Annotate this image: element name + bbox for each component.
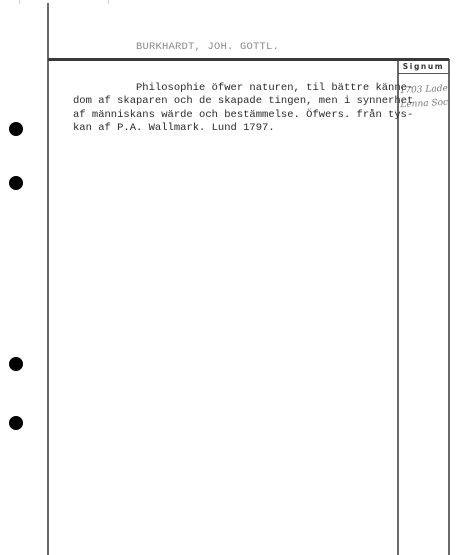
scan-artifact [19, 0, 20, 4]
description-line: kan af P.A. Wallmark. Lund 1797. [73, 122, 393, 135]
header-rule [48, 58, 449, 61]
left-margin-rule [47, 3, 49, 555]
signum-column-right-rule [448, 59, 450, 555]
signum-header-rule [398, 73, 449, 74]
signum-label: Signum [399, 62, 448, 71]
punch-hole-icon [9, 416, 23, 430]
description-line: af människans wärde och bestämmelse. Öfw… [73, 109, 393, 122]
author-heading: BURKHARDT, JOH. GOTTL. [136, 41, 279, 53]
catalog-card: BURKHARDT, JOH. GOTTL. Signum 1703 Lade.… [0, 0, 470, 555]
punch-hole-icon [9, 357, 23, 371]
description-line: Philosophie öfwer naturen, til bättre kä… [73, 82, 393, 95]
description-line: dom af skaparen och de skapade tingen, m… [73, 95, 393, 108]
bibliographic-description: Philosophie öfwer naturen, til bättre kä… [73, 82, 393, 135]
punch-hole-icon [9, 176, 23, 190]
signum-column-left-rule [397, 59, 399, 555]
scan-artifact [108, 0, 109, 4]
punch-hole-icon [9, 122, 23, 136]
